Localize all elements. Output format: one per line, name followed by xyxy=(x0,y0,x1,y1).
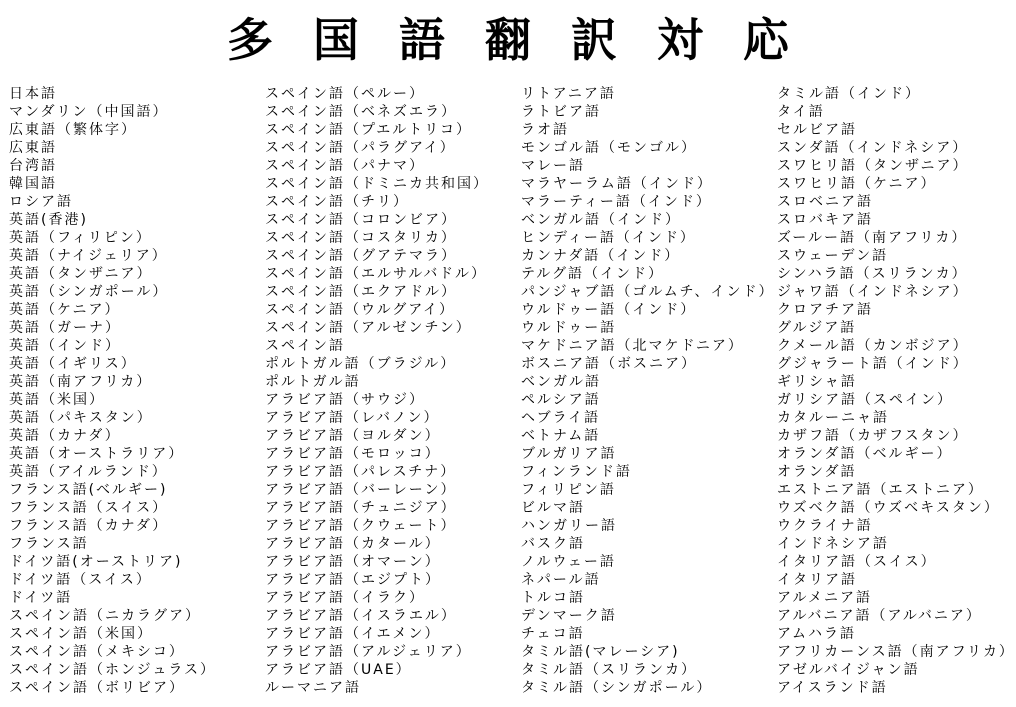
language-item: アラビア語（イスラエル） xyxy=(265,607,489,625)
language-item: マンダリン（中国語） xyxy=(9,103,216,121)
language-item: アフリカーンス語（南アフリカ） xyxy=(777,643,1015,661)
language-item: アラビア語（イラク） xyxy=(265,589,489,607)
language-column-1: 日本語マンダリン（中国語）広東語（繁体字）広東語台湾語韓国語ロシア語英語(香港)… xyxy=(9,85,216,697)
language-item: ルーマニア語 xyxy=(265,679,489,697)
language-item: ギリシャ語 xyxy=(777,373,1015,391)
language-item: アゼルバイジャン語 xyxy=(777,661,1015,679)
language-item: カタルーニャ語 xyxy=(777,409,1015,427)
language-item: アラビア語（パレスチナ） xyxy=(265,463,489,481)
language-item: 日本語 xyxy=(9,85,216,103)
title-char: 国 xyxy=(293,10,379,70)
language-item: トルコ語 xyxy=(521,589,775,607)
language-item: ウクライナ語 xyxy=(777,517,1015,535)
language-item: ハンガリー語 xyxy=(521,517,775,535)
language-item: スペイン語（ボリビア） xyxy=(9,679,216,697)
language-item: スンダ語（インドネシア） xyxy=(777,139,1015,157)
language-item: カンナダ語（インド） xyxy=(521,247,775,265)
language-item: 韓国語 xyxy=(9,175,216,193)
language-item: スペイン語（メキシコ） xyxy=(9,643,216,661)
language-item: ビルマ語 xyxy=(521,499,775,517)
language-item: 英語（タンザニア） xyxy=(9,265,216,283)
language-item: ブルガリア語 xyxy=(521,445,775,463)
language-item: ヒンディー語（インド） xyxy=(521,229,775,247)
language-item: タミル語（インド） xyxy=(777,85,1015,103)
language-item: ドイツ語(オーストリア) xyxy=(9,553,216,571)
language-item: バスク語 xyxy=(521,535,775,553)
language-item: ウズベク語（ウズベキスタン） xyxy=(777,499,1015,517)
language-item: 英語（ガーナ） xyxy=(9,319,216,337)
language-item: タミル語（スリランカ） xyxy=(521,661,775,679)
language-item: アラビア語（モロッコ） xyxy=(265,445,489,463)
language-item: マラヤーラム語（インド） xyxy=(521,175,775,193)
language-item: ジャワ語（インドネシア） xyxy=(777,283,1015,301)
language-item: ウルドゥー語（インド） xyxy=(521,301,775,319)
language-item: インドネシア語 xyxy=(777,535,1015,553)
language-item: マラーティー語（インド） xyxy=(521,193,775,211)
language-item: アラビア語（アルジェリア） xyxy=(265,643,489,661)
language-item: エストニア語（エストニア） xyxy=(777,481,1015,499)
page-title: 多 国 語 翻 訳 対 応 xyxy=(0,10,1016,70)
language-item: スペイン語（米国） xyxy=(9,625,216,643)
language-item: グジャラート語（インド） xyxy=(777,355,1015,373)
title-char: 多 xyxy=(207,10,293,70)
language-item: ポルトガル語 xyxy=(265,373,489,391)
language-item: スペイン語（コロンビア） xyxy=(265,211,489,229)
language-column-4: タミル語（インド）タイ語セルビア語スンダ語（インドネシア）スワヒリ語（タンザニア… xyxy=(777,85,1015,697)
language-item: ベンガル語 xyxy=(521,373,775,391)
language-item: ラオ語 xyxy=(521,121,775,139)
language-item: スペイン語（ペルー） xyxy=(265,85,489,103)
language-item: カザフ語（カザフスタン） xyxy=(777,427,1015,445)
language-item: スペイン語（ウルグアイ） xyxy=(265,301,489,319)
language-item: 英語（フィリピン） xyxy=(9,229,216,247)
language-item: 英語（南アフリカ） xyxy=(9,373,216,391)
language-item: マケドニア語（北マケドニア） xyxy=(521,337,775,355)
language-item: デンマーク語 xyxy=(521,607,775,625)
language-column-3: リトアニア語ラトビア語ラオ語モンゴル語（モンゴル）マレー語マラヤーラム語（インド… xyxy=(521,85,775,697)
language-item: マレー語 xyxy=(521,157,775,175)
language-item: フランス語(ベルギー) xyxy=(9,481,216,499)
language-item: タミル語(マレーシア) xyxy=(521,643,775,661)
language-item: 英語（イギリス） xyxy=(9,355,216,373)
language-item: フィリピン語 xyxy=(521,481,775,499)
language-item: スウェーデン語 xyxy=(777,247,1015,265)
language-item: ラトビア語 xyxy=(521,103,775,121)
language-item: 英語（カナダ） xyxy=(9,427,216,445)
language-item: スペイン語（アルゼンチン） xyxy=(265,319,489,337)
language-item: オランダ語（ベルギー） xyxy=(777,445,1015,463)
language-item: スペイン語（グアテマラ） xyxy=(265,247,489,265)
language-item: ガリシア語（スペイン） xyxy=(777,391,1015,409)
language-item: ペルシア語 xyxy=(521,391,775,409)
language-item: 英語（パキスタン） xyxy=(9,409,216,427)
language-item: フランス語（スイス） xyxy=(9,499,216,517)
language-item: ドイツ語（スイス） xyxy=(9,571,216,589)
language-item: スペイン語（パラグアイ） xyxy=(265,139,489,157)
language-item: 広東語 xyxy=(9,139,216,157)
language-item: ノルウェー語 xyxy=(521,553,775,571)
title-char: 翻 xyxy=(465,10,551,70)
language-item: イタリア語（スイス） xyxy=(777,553,1015,571)
language-item: ウルドゥー語 xyxy=(521,319,775,337)
language-item: アラビア語（サウジ） xyxy=(265,391,489,409)
language-item: 英語（シンガポール） xyxy=(9,283,216,301)
language-item: アルバニア語（アルバニア） xyxy=(777,607,1015,625)
language-item: 英語（アイルランド） xyxy=(9,463,216,481)
language-item: タイ語 xyxy=(777,103,1015,121)
language-item: モンゴル語（モンゴル） xyxy=(521,139,775,157)
title-char: 応 xyxy=(723,10,809,70)
language-item: スロバキア語 xyxy=(777,211,1015,229)
language-item: チェコ語 xyxy=(521,625,775,643)
language-item: テルグ語（インド） xyxy=(521,265,775,283)
language-item: アラビア語（UAE） xyxy=(265,661,489,679)
language-item: パンジャブ語（ゴルムチ、インド） xyxy=(521,283,775,301)
language-item: スペイン語（エクアドル） xyxy=(265,283,489,301)
language-item: 英語（オーストラリア） xyxy=(9,445,216,463)
language-item: 広東語（繁体字） xyxy=(9,121,216,139)
language-item: スペイン語（コスタリカ） xyxy=(265,229,489,247)
language-item: アラビア語（チュニジア） xyxy=(265,499,489,517)
language-item: ロシア語 xyxy=(9,193,216,211)
language-item: ポルトガル語（ブラジル） xyxy=(265,355,489,373)
language-item: アルメニア語 xyxy=(777,589,1015,607)
language-item: スペイン語（チリ） xyxy=(265,193,489,211)
language-item: スロベニア語 xyxy=(777,193,1015,211)
language-item: ベンガル語（インド） xyxy=(521,211,775,229)
language-item: スワヒリ語（タンザニア） xyxy=(777,157,1015,175)
language-item: 台湾語 xyxy=(9,157,216,175)
language-item: タミル語（シンガポール） xyxy=(521,679,775,697)
language-item: アラビア語（カタール） xyxy=(265,535,489,553)
language-item: ボスニア語（ボスニア） xyxy=(521,355,775,373)
language-item: 英語（ナイジェリア） xyxy=(9,247,216,265)
language-item: ヘブライ語 xyxy=(521,409,775,427)
language-item: オランダ語 xyxy=(777,463,1015,481)
language-item: スペイン語（ドミニカ共和国） xyxy=(265,175,489,193)
title-char: 対 xyxy=(637,10,723,70)
language-item: リトアニア語 xyxy=(521,85,775,103)
language-item: シンハラ語（スリランカ） xyxy=(777,265,1015,283)
language-item: スペイン語（ホンジュラス） xyxy=(9,661,216,679)
language-item: フランス語 xyxy=(9,535,216,553)
language-item: 英語(香港) xyxy=(9,211,216,229)
language-item: アムハラ語 xyxy=(777,625,1015,643)
language-item: スペイン語（パナマ） xyxy=(265,157,489,175)
language-item: グルジア語 xyxy=(777,319,1015,337)
language-item: アイスランド語 xyxy=(777,679,1015,697)
language-item: アラビア語（ヨルダン） xyxy=(265,427,489,445)
language-item: アラビア語（レバノン） xyxy=(265,409,489,427)
language-item: アラビア語（オマーン） xyxy=(265,553,489,571)
language-column-2: スペイン語（ペルー）スペイン語（ベネズエラ）スペイン語（プエルトリコ）スペイン語… xyxy=(265,85,489,697)
language-item: フィンランド語 xyxy=(521,463,775,481)
language-item: アラビア語（エジプト） xyxy=(265,571,489,589)
language-item: クメール語（カンボジア） xyxy=(777,337,1015,355)
language-item: 英語（米国） xyxy=(9,391,216,409)
language-item: セルビア語 xyxy=(777,121,1015,139)
language-item: ベトナム語 xyxy=(521,427,775,445)
language-item: イタリア語 xyxy=(777,571,1015,589)
language-item: ドイツ語 xyxy=(9,589,216,607)
language-item: 英語（ケニア） xyxy=(9,301,216,319)
language-item: スペイン語（ベネズエラ） xyxy=(265,103,489,121)
language-item: アラビア語（クウェート） xyxy=(265,517,489,535)
title-char: 語 xyxy=(379,10,465,70)
language-item: スペイン語（プエルトリコ） xyxy=(265,121,489,139)
language-item: ズールー語（南アフリカ） xyxy=(777,229,1015,247)
language-item: スペイン語（エルサルバドル） xyxy=(265,265,489,283)
language-item: スワヒリ語（ケニア） xyxy=(777,175,1015,193)
language-item: クロアチア語 xyxy=(777,301,1015,319)
language-item: フランス語（カナダ） xyxy=(9,517,216,535)
language-item: 英語（インド） xyxy=(9,337,216,355)
language-item: アラビア語（バーレーン） xyxy=(265,481,489,499)
language-item: スペイン語（ニカラグア） xyxy=(9,607,216,625)
language-item: スペイン語 xyxy=(265,337,489,355)
language-item: ネパール語 xyxy=(521,571,775,589)
title-char: 訳 xyxy=(551,10,637,70)
language-item: アラビア語（イエメン） xyxy=(265,625,489,643)
